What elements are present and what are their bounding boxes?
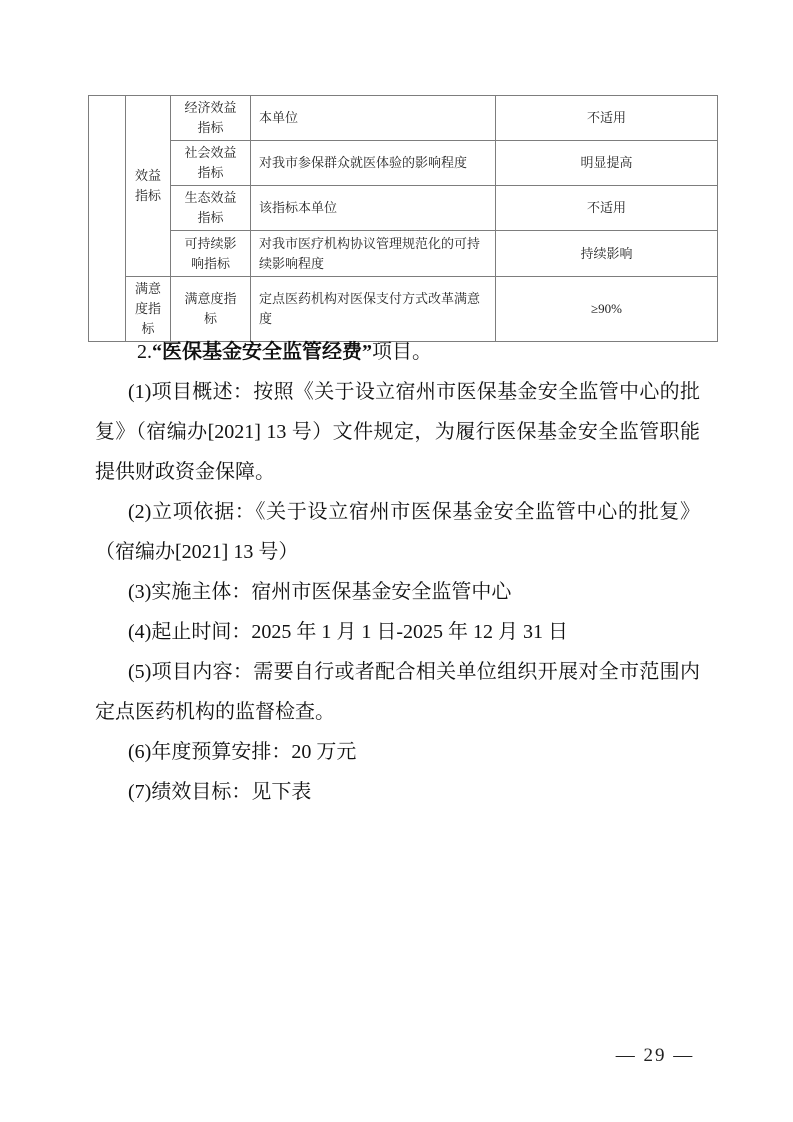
paragraph-project-overview: (1)项目概述：按照《关于设立宿州市医保基金安全监管中心的批复》（宿编办[202… (95, 372, 700, 492)
table-cell-indicator-desc: 本单位 (251, 96, 496, 141)
section-number: 2. (137, 341, 152, 363)
paragraph-project-content: (5)项目内容：需要自行或者配合相关单位组织开展对全市范围内定点医药机构的监督检… (95, 652, 700, 732)
table-cell-indicator-desc: 该指标本单位 (251, 186, 496, 231)
paragraph-time-period: (4)起止时间：2025 年 1 月 1 日-2025 年 12 月 31 日 (95, 612, 700, 652)
body-text-block: 2.“医保基金安全监管经费”项目。 (1)项目概述：按照《关于设立宿州市医保基金… (95, 332, 700, 812)
table-cell-left-spacer (89, 96, 126, 342)
paragraph-annual-budget: (6)年度预算安排：20 万元 (95, 732, 700, 772)
table-cell-category-benefit: 效益指标 (126, 96, 171, 277)
table-row: 可持续影响指标 对我市医疗机构协议管理规范化的可持续影响程度 持续影响 (89, 231, 718, 277)
table-row: 社会效益指标 对我市参保群众就医体验的影响程度 明显提高 (89, 141, 718, 186)
section-heading-suffix: 项目。 (372, 341, 432, 363)
table-cell-indicator-desc: 对我市医疗机构协议管理规范化的可持续影响程度 (251, 231, 496, 277)
document-page: 效益指标 经济效益指标 本单位 不适用 社会效益指标 对我市参保群众就医体验的影… (0, 0, 793, 1122)
table-cell-target-value: 不适用 (496, 186, 718, 231)
section-heading: 2.“医保基金安全监管经费”项目。 (95, 332, 700, 372)
table-row: 生态效益指标 该指标本单位 不适用 (89, 186, 718, 231)
table-cell-target-value: 不适用 (496, 96, 718, 141)
page-number: — 29 — (560, 1044, 750, 1068)
table-cell-indicator-type: 社会效益指标 (171, 141, 251, 186)
table-row: 效益指标 经济效益指标 本单位 不适用 (89, 96, 718, 141)
paragraph-performance-target: (7)绩效目标：见下表 (95, 772, 700, 812)
paragraph-implementing-body: (3)实施主体：宿州市医保基金安全监管中心 (95, 572, 700, 612)
section-title-quoted: “医保基金安全监管经费” (152, 341, 372, 363)
table-cell-indicator-type: 生态效益指标 (171, 186, 251, 231)
performance-indicators-table: 效益指标 经济效益指标 本单位 不适用 社会效益指标 对我市参保群众就医体验的影… (88, 95, 718, 342)
table-cell-indicator-desc: 对我市参保群众就医体验的影响程度 (251, 141, 496, 186)
paragraph-project-basis: (2)立项依据：《关于设立宿州市医保基金安全监管中心的批复》（宿编办[2021]… (95, 492, 700, 572)
table-cell-target-value: 明显提高 (496, 141, 718, 186)
table-cell-indicator-type: 可持续影响指标 (171, 231, 251, 277)
table-cell-target-value: 持续影响 (496, 231, 718, 277)
table-cell-indicator-type: 经济效益指标 (171, 96, 251, 141)
